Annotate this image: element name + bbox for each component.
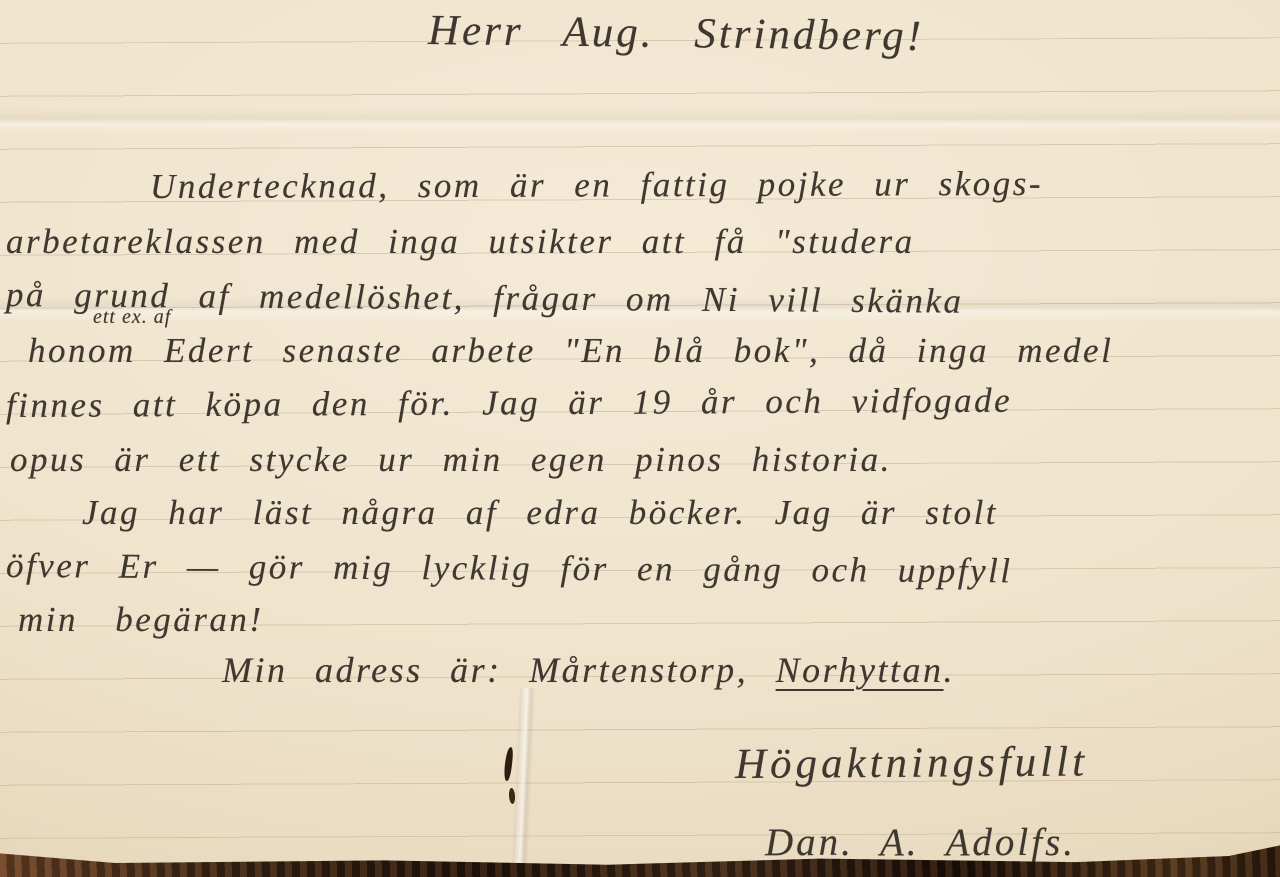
letter-body-line: Jag har läst några af edra böcker. Jag ä…	[82, 493, 998, 533]
address-line: Min adress är: Mårtenstorp, Norhyttan.	[222, 649, 955, 691]
letter-body-line: finnes att köpa den för. Jag är 19 år oc…	[6, 381, 1012, 426]
letter-photograph: Herr Aug. Strindberg! Undertecknad, som …	[0, 0, 1280, 877]
letter-body-line: honom Edert senaste arbete "En blå bok",…	[28, 331, 1113, 371]
letter-body-line: öfver Er — gör mig lycklig för en gång o…	[6, 546, 1013, 591]
address-underlined-placename: Norhyttan	[776, 650, 944, 690]
letter-heading: Herr Aug. Strindberg!	[428, 6, 925, 61]
letter-body-line: Undertecknad, som är en fattig pojke ur …	[150, 164, 1043, 207]
interline-insertion: ett ex. af	[93, 306, 171, 329]
address-prefix: Min adress är: Mårtenstorp,	[222, 650, 776, 690]
address-suffix: .	[944, 650, 956, 690]
letter-paper: Herr Aug. Strindberg! Undertecknad, som …	[0, 0, 1280, 877]
letter-body-line: min begäran!	[18, 600, 264, 640]
letter-body-line: opus är ett stycke ur min egen pinos his…	[10, 440, 892, 480]
letter-closing: Högaktningsfullt	[735, 738, 1088, 789]
paper-crease-horizontal-top	[0, 108, 1280, 134]
letter-body-line: arbetareklassen med inga utsikter att få…	[6, 222, 915, 262]
letter-signature: Dan. A. Adolfs.	[765, 820, 1076, 865]
